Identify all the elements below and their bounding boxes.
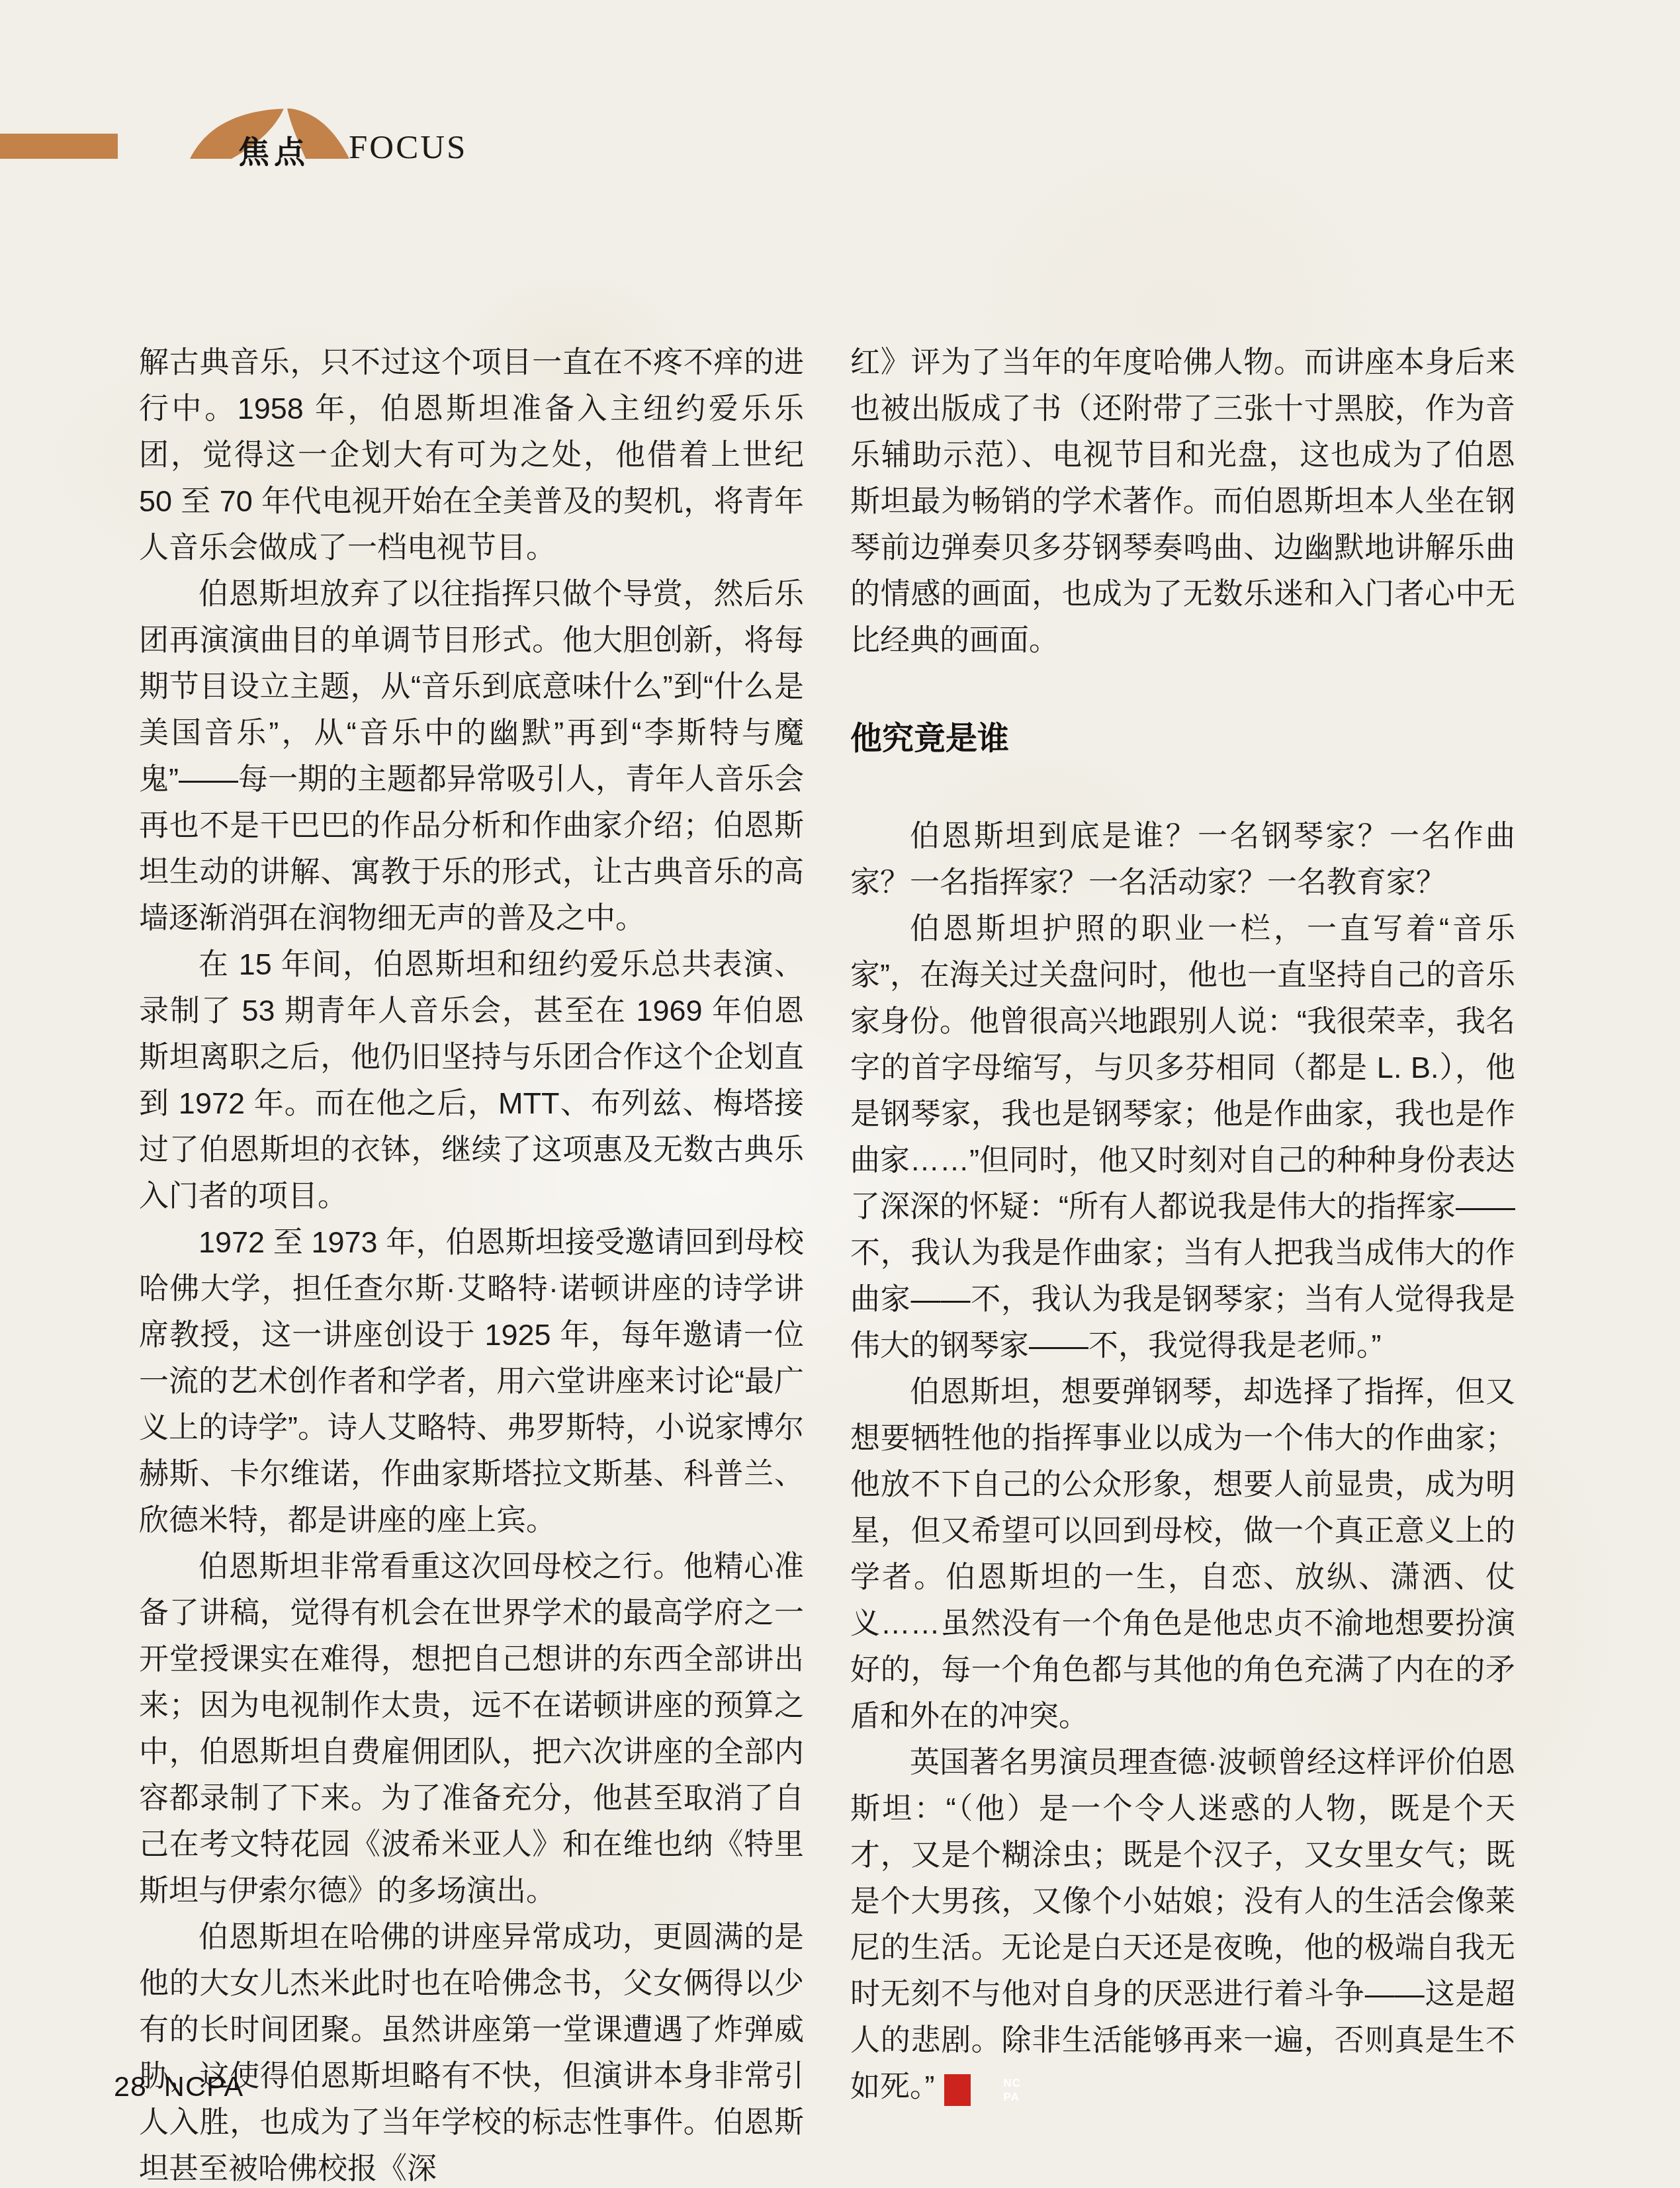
journal-code: NCPA — [164, 2071, 243, 2103]
article-column-right: 红》评为了当年的年度哈佛人物。而讲座本身后来也被出版成了书（还附带了三张十寸黑胶… — [850, 339, 1515, 2110]
magazine-page: { "page": { "background_color": "#f2efe8… — [0, 0, 1680, 2188]
paragraph: 1972 至 1973 年，伯恩斯坦接受邀请回到母校哈佛大学，担任查尔斯·艾略特… — [139, 1219, 804, 1544]
paragraph: 伯恩斯坦放弃了以往指挥只做个导赏，然后乐团再演演曲目的单调节目形式。他大胆创新，… — [139, 571, 804, 941]
paragraph: 解古典音乐，只不过这个项目一直在不疼不痒的进行中。1958 年，伯恩斯坦准备入主… — [139, 339, 804, 571]
section-banner: 焦点 FOCUS — [0, 98, 529, 171]
page-number: 28 — [114, 2071, 147, 2103]
article-column-left: 解古典音乐，只不过这个项目一直在不疼不痒的进行中。1958 年，伯恩斯坦准备入主… — [139, 339, 804, 2188]
section-title-cn: 焦点 — [238, 128, 310, 172]
paragraph: 英国著名男演员理查德·波顿曾经这样评价伯恩斯坦：“（他）是一个令人迷惑的人物，既… — [850, 1739, 1515, 2110]
page-footer: 28 NCPA — [114, 2071, 243, 2103]
paragraph: 伯恩斯坦，想要弹钢琴，却选择了指挥，但又想要牺牲他的指挥事业以成为一个伟大的作曲… — [850, 1369, 1515, 1739]
paragraph: 伯恩斯坦非常看重这次回母校之行。他精心准备了讲稿，觉得有机会在世界学术的最高学府… — [139, 1544, 804, 1914]
paragraph: 伯恩斯坦到底是谁？一名钢琴家？一名作曲家？一名指挥家？一名活动家？一名教育家？ — [850, 813, 1515, 906]
paragraph-text: 英国著名男演员理查德·波顿曾经这样评价伯恩斯坦：“（他）是一个令人迷惑的人物，既… — [850, 1745, 1515, 2103]
ncpa-seal: NCPA — [944, 2074, 971, 2106]
section-heading: 他究竟是谁 — [850, 722, 1515, 756]
ncpa-seal-line1: NC — [944, 2076, 971, 2090]
paragraph: 红》评为了当年的年度哈佛人物。而讲座本身后来也被出版成了书（还附带了三张十寸黑胶… — [850, 339, 1515, 664]
ncpa-seal-line2: PA — [944, 2090, 971, 2104]
paragraph: 伯恩斯坦护照的职业一栏，一直写着“音乐家”，在海关过关盘问时，他也一直坚持自己的… — [850, 906, 1515, 1369]
paragraph: 在 15 年间，伯恩斯坦和纽约爱乐总共表演、录制了 53 期青年人音乐会，甚至在… — [139, 941, 804, 1219]
section-title-en: FOCUS — [349, 128, 467, 167]
paragraph: 伯恩斯坦在哈佛的讲座异常成功，更圆满的是他的大女儿杰米此时也在哈佛念书，父女俩得… — [139, 1914, 804, 2188]
